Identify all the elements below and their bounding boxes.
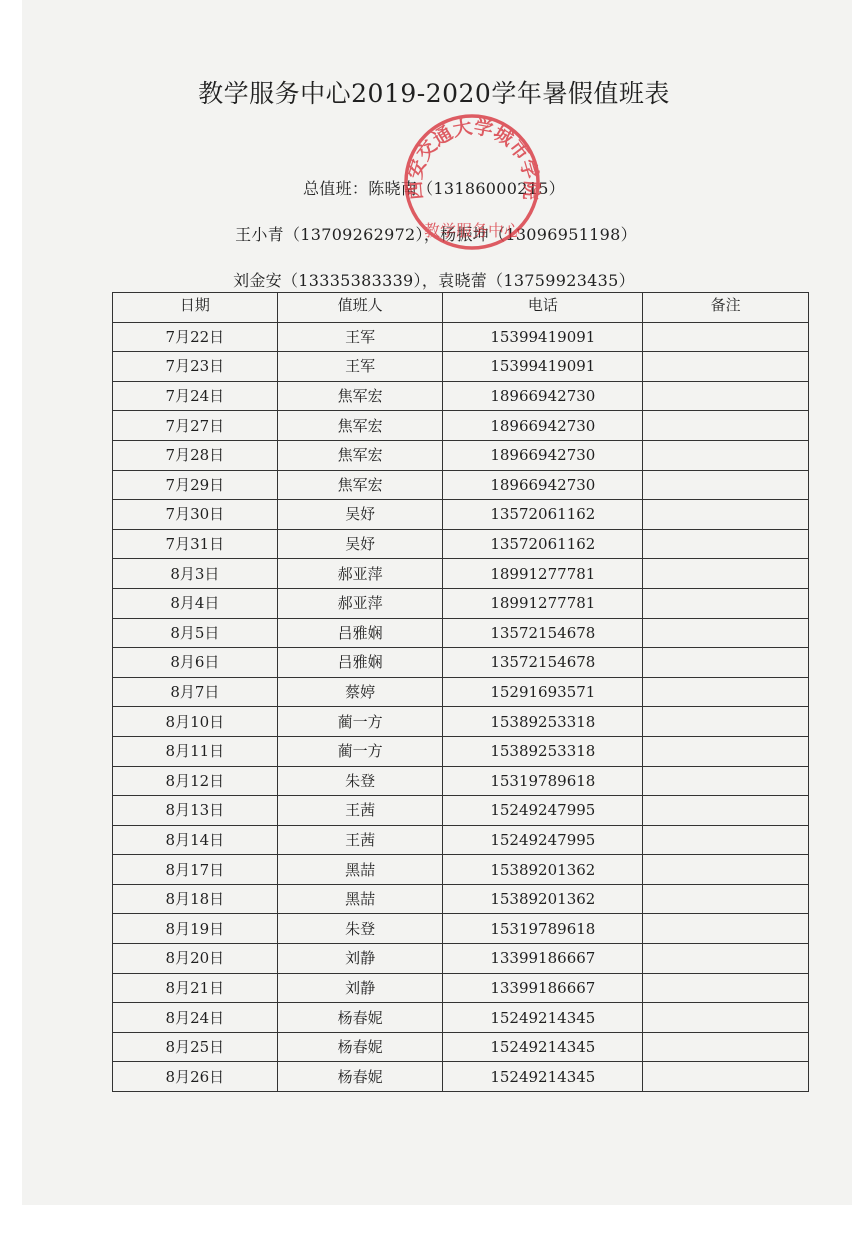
note-cell bbox=[643, 440, 809, 470]
note-cell bbox=[643, 766, 809, 796]
date-cell: 8月14日 bbox=[113, 825, 278, 855]
header-name: 值班人 bbox=[277, 293, 443, 323]
date-cell: 8月24日 bbox=[113, 1003, 278, 1033]
date-cell: 8月18日 bbox=[113, 884, 278, 914]
note-cell bbox=[643, 381, 809, 411]
phone-cell: 13572154678 bbox=[443, 618, 643, 648]
note-cell bbox=[643, 559, 809, 589]
note-cell bbox=[643, 1032, 809, 1062]
phone-cell: 15249247995 bbox=[443, 825, 643, 855]
note-cell bbox=[643, 322, 809, 352]
phone-cell: 18991277781 bbox=[443, 559, 643, 589]
table-row: 8月4日郝亚萍18991277781 bbox=[113, 588, 809, 618]
date-cell: 8月25日 bbox=[113, 1032, 278, 1062]
note-cell bbox=[643, 470, 809, 500]
note-cell bbox=[643, 588, 809, 618]
phone-cell: 13572061162 bbox=[443, 529, 643, 559]
table-row: 8月12日朱登15319789618 bbox=[113, 766, 809, 796]
table-row: 8月6日吕雅娴13572154678 bbox=[113, 648, 809, 678]
table-row: 8月20日刘静13399186667 bbox=[113, 944, 809, 974]
phone-cell: 15249247995 bbox=[443, 796, 643, 826]
table-row: 8月10日蔺一方15389253318 bbox=[113, 707, 809, 737]
note-cell bbox=[643, 796, 809, 826]
phone-cell: 15291693571 bbox=[443, 677, 643, 707]
table-row: 8月26日杨春妮15249214345 bbox=[113, 1062, 809, 1092]
phone-cell: 18966942730 bbox=[443, 470, 643, 500]
date-cell: 8月5日 bbox=[113, 618, 278, 648]
note-cell bbox=[643, 914, 809, 944]
note-cell bbox=[643, 855, 809, 885]
contacts-line-1: 王小青（13709262972），杨振坤（13096951198） bbox=[2, 222, 868, 245]
name-cell: 王军 bbox=[277, 322, 443, 352]
table-row: 8月19日朱登15319789618 bbox=[113, 914, 809, 944]
date-cell: 7月28日 bbox=[113, 440, 278, 470]
name-cell: 蔡婷 bbox=[277, 677, 443, 707]
table-row: 7月31日吴妤13572061162 bbox=[113, 529, 809, 559]
name-cell: 王军 bbox=[277, 352, 443, 382]
table-row: 8月24日杨春妮15249214345 bbox=[113, 1003, 809, 1033]
name-cell: 朱登 bbox=[277, 914, 443, 944]
note-cell bbox=[643, 1003, 809, 1033]
table-row: 8月25日杨春妮15249214345 bbox=[113, 1032, 809, 1062]
date-cell: 8月7日 bbox=[113, 677, 278, 707]
name-cell: 朱登 bbox=[277, 766, 443, 796]
phone-cell: 13399186667 bbox=[443, 944, 643, 974]
table-row: 7月22日王军15399419091 bbox=[113, 322, 809, 352]
date-cell: 8月21日 bbox=[113, 973, 278, 1003]
table-row: 8月3日郝亚萍18991277781 bbox=[113, 559, 809, 589]
table-row: 7月27日焦军宏18966942730 bbox=[113, 411, 809, 441]
name-cell: 黑喆 bbox=[277, 855, 443, 885]
date-cell: 7月30日 bbox=[113, 500, 278, 530]
note-cell bbox=[643, 529, 809, 559]
date-cell: 7月27日 bbox=[113, 411, 278, 441]
date-cell: 8月6日 bbox=[113, 648, 278, 678]
table-row: 8月14日王茜15249247995 bbox=[113, 825, 809, 855]
phone-cell: 15389253318 bbox=[443, 736, 643, 766]
phone-cell: 15249214345 bbox=[443, 1003, 643, 1033]
note-cell bbox=[643, 884, 809, 914]
contacts-line-2: 刘金安（13335383339），袁晓蕾（13759923435） bbox=[0, 268, 868, 291]
phone-cell: 15399419091 bbox=[443, 322, 643, 352]
name-cell: 王茜 bbox=[277, 825, 443, 855]
name-cell: 吕雅娴 bbox=[277, 648, 443, 678]
table-row: 7月23日王军15399419091 bbox=[113, 352, 809, 382]
table-row: 8月21日刘静13399186667 bbox=[113, 973, 809, 1003]
note-cell bbox=[643, 736, 809, 766]
table-row: 8月5日吕雅娴13572154678 bbox=[113, 618, 809, 648]
name-cell: 蔺一方 bbox=[277, 707, 443, 737]
phone-cell: 15389201362 bbox=[443, 855, 643, 885]
name-cell: 黑喆 bbox=[277, 884, 443, 914]
table-row: 7月30日吴妤13572061162 bbox=[113, 500, 809, 530]
date-cell: 8月26日 bbox=[113, 1062, 278, 1092]
name-cell: 焦军宏 bbox=[277, 470, 443, 500]
duty-schedule-table: 日期 值班人 电话 备注 7月22日王军153994190917月23日王军15… bbox=[112, 292, 809, 1092]
note-cell bbox=[643, 500, 809, 530]
note-cell bbox=[643, 973, 809, 1003]
note-cell bbox=[643, 648, 809, 678]
phone-cell: 15319789618 bbox=[443, 766, 643, 796]
phone-cell: 18991277781 bbox=[443, 588, 643, 618]
phone-cell: 15319789618 bbox=[443, 914, 643, 944]
chief-duty-line: 总值班：陈晓南（13186000215） bbox=[0, 176, 868, 199]
table-row: 8月18日黑喆15389201362 bbox=[113, 884, 809, 914]
header-phone: 电话 bbox=[443, 293, 643, 323]
name-cell: 焦军宏 bbox=[277, 381, 443, 411]
date-cell: 8月11日 bbox=[113, 736, 278, 766]
date-cell: 7月31日 bbox=[113, 529, 278, 559]
date-cell: 7月24日 bbox=[113, 381, 278, 411]
date-cell: 8月19日 bbox=[113, 914, 278, 944]
table-row: 8月17日黑喆15389201362 bbox=[113, 855, 809, 885]
phone-cell: 15249214345 bbox=[443, 1032, 643, 1062]
date-cell: 8月3日 bbox=[113, 559, 278, 589]
name-cell: 杨春妮 bbox=[277, 1062, 443, 1092]
date-cell: 8月4日 bbox=[113, 588, 278, 618]
date-cell: 8月13日 bbox=[113, 796, 278, 826]
note-cell bbox=[643, 825, 809, 855]
note-cell bbox=[643, 707, 809, 737]
note-cell bbox=[643, 352, 809, 382]
phone-cell: 13399186667 bbox=[443, 973, 643, 1003]
name-cell: 吴妤 bbox=[277, 500, 443, 530]
phone-cell: 15399419091 bbox=[443, 352, 643, 382]
table-row: 7月24日焦军宏18966942730 bbox=[113, 381, 809, 411]
table-row: 7月29日焦军宏18966942730 bbox=[113, 470, 809, 500]
date-cell: 8月20日 bbox=[113, 944, 278, 974]
date-cell: 8月10日 bbox=[113, 707, 278, 737]
phone-cell: 18966942730 bbox=[443, 440, 643, 470]
name-cell: 郝亚萍 bbox=[277, 588, 443, 618]
phone-cell: 18966942730 bbox=[443, 411, 643, 441]
name-cell: 杨春妮 bbox=[277, 1003, 443, 1033]
note-cell bbox=[643, 1062, 809, 1092]
header-note: 备注 bbox=[643, 293, 809, 323]
name-cell: 杨春妮 bbox=[277, 1032, 443, 1062]
document-title: 教学服务中心2019-2020学年暑假值班表 bbox=[0, 74, 868, 110]
name-cell: 蔺一方 bbox=[277, 736, 443, 766]
note-cell bbox=[643, 411, 809, 441]
date-cell: 7月22日 bbox=[113, 322, 278, 352]
phone-cell: 13572061162 bbox=[443, 500, 643, 530]
phone-cell: 15389201362 bbox=[443, 884, 643, 914]
date-cell: 8月12日 bbox=[113, 766, 278, 796]
phone-cell: 13572154678 bbox=[443, 648, 643, 678]
date-cell: 7月23日 bbox=[113, 352, 278, 382]
name-cell: 刘静 bbox=[277, 944, 443, 974]
table-row: 7月28日焦军宏18966942730 bbox=[113, 440, 809, 470]
phone-cell: 18966942730 bbox=[443, 381, 643, 411]
phone-cell: 15249214345 bbox=[443, 1062, 643, 1092]
note-cell bbox=[643, 677, 809, 707]
table-row: 8月13日王茜15249247995 bbox=[113, 796, 809, 826]
name-cell: 焦军宏 bbox=[277, 440, 443, 470]
name-cell: 吴妤 bbox=[277, 529, 443, 559]
note-cell bbox=[643, 618, 809, 648]
date-cell: 8月17日 bbox=[113, 855, 278, 885]
name-cell: 王茜 bbox=[277, 796, 443, 826]
table-header-row: 日期 值班人 电话 备注 bbox=[113, 293, 809, 323]
name-cell: 吕雅娴 bbox=[277, 618, 443, 648]
table-row: 8月11日蔺一方15389253318 bbox=[113, 736, 809, 766]
name-cell: 郝亚萍 bbox=[277, 559, 443, 589]
name-cell: 刘静 bbox=[277, 973, 443, 1003]
note-cell bbox=[643, 944, 809, 974]
header-date: 日期 bbox=[113, 293, 278, 323]
name-cell: 焦军宏 bbox=[277, 411, 443, 441]
phone-cell: 15389253318 bbox=[443, 707, 643, 737]
table-row: 8月7日蔡婷15291693571 bbox=[113, 677, 809, 707]
date-cell: 7月29日 bbox=[113, 470, 278, 500]
